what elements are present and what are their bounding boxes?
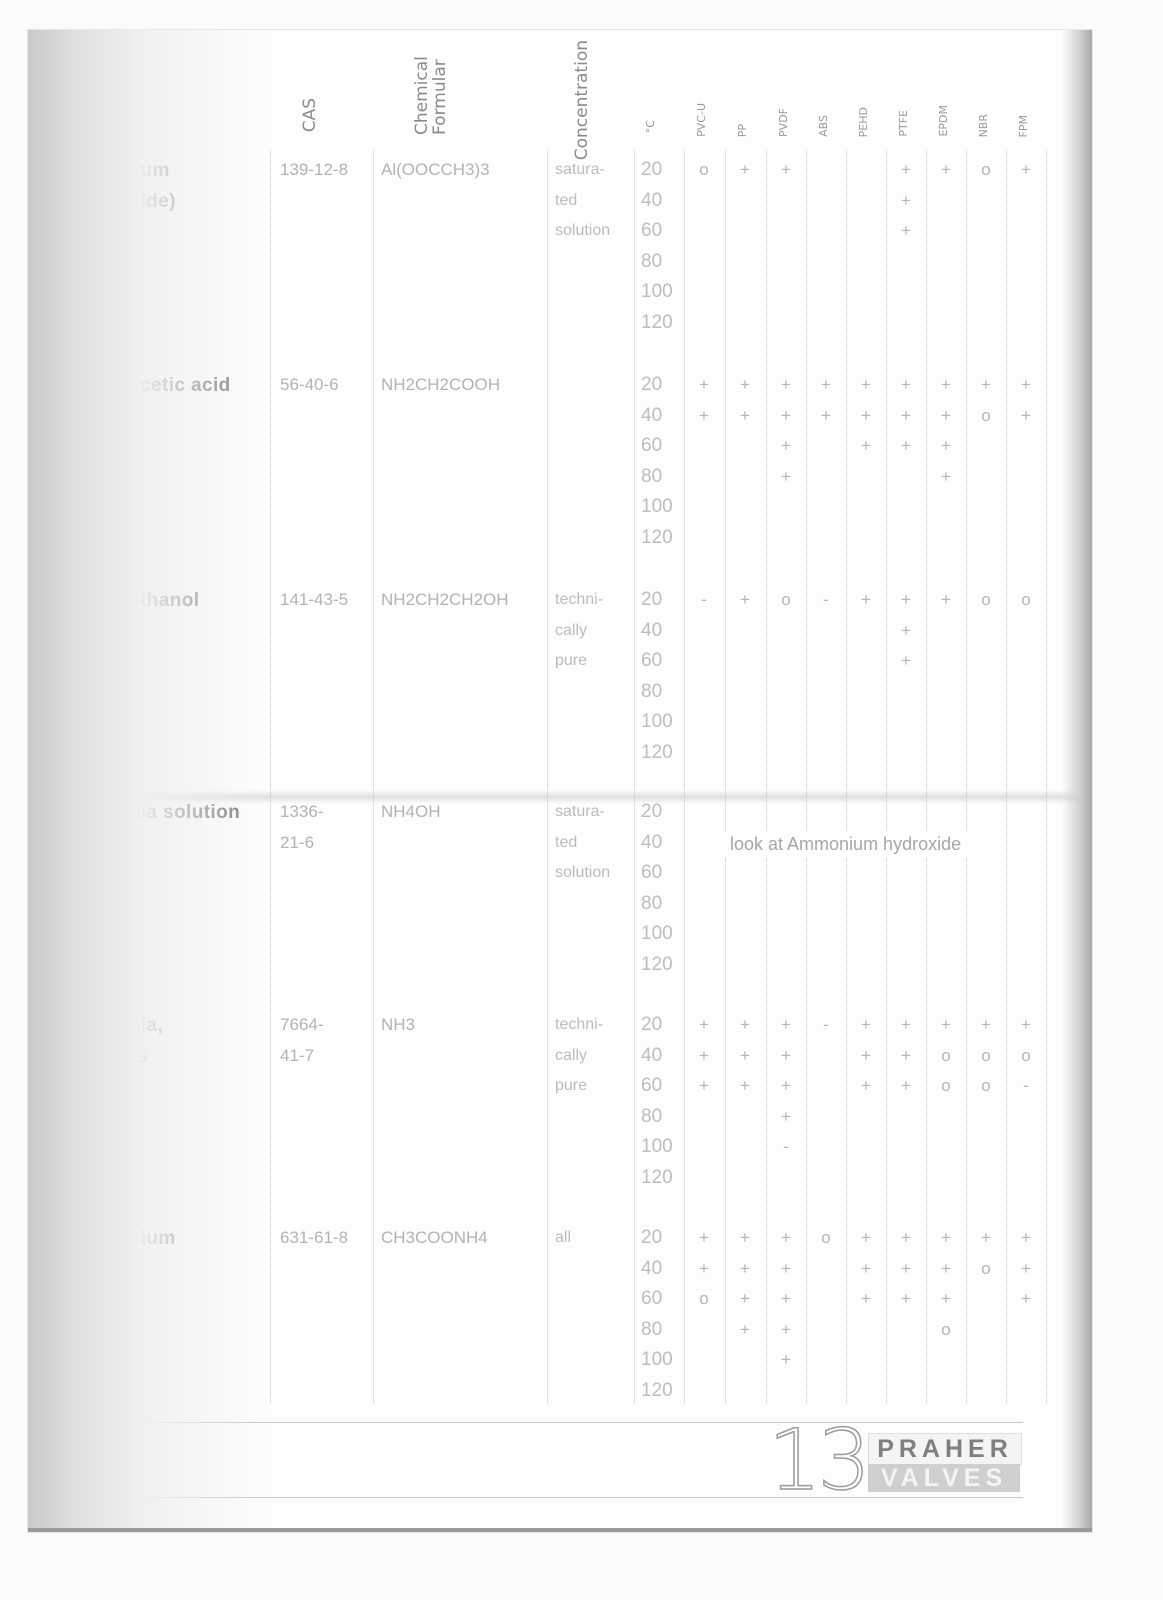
resistance-rating: +: [766, 1102, 806, 1133]
resistance-rating: o: [684, 1284, 724, 1315]
resistance-rating: +: [966, 370, 1006, 401]
footer-bottom-rule: [60, 1497, 1023, 1498]
temperature-value: 120: [641, 1376, 673, 1407]
temperature-value: 20: [641, 1010, 662, 1041]
resistance-rating: +: [886, 1254, 926, 1285]
resistance-rating: o: [926, 1041, 966, 1072]
resistance-rating: o: [926, 1071, 966, 1102]
resistance-rating: +: [1006, 401, 1046, 432]
column-divider: [1046, 150, 1047, 1403]
resistance-rating: +: [966, 1223, 1006, 1254]
cas-number: 1336-: [280, 797, 323, 827]
column-divider: [373, 150, 374, 1403]
resistance-rating: +: [846, 1071, 886, 1102]
resistance-rating: +: [684, 1071, 724, 1102]
temperature-value: 120: [641, 308, 673, 339]
resistance-rating: o: [966, 155, 1006, 186]
header-material-epdm: EPDM: [938, 105, 950, 137]
resistance-rating: +: [1006, 1284, 1046, 1315]
resistance-rating: +: [766, 1284, 806, 1315]
temperature-value: 40: [641, 1254, 662, 1285]
medium-name: Ammonium: [68, 1223, 176, 1254]
column-divider: [966, 150, 967, 1403]
resistance-rating: -: [806, 585, 846, 616]
chemical-formula: NH4OH: [381, 797, 441, 827]
concentration: satura-: [555, 797, 605, 828]
resistance-rating: +: [766, 1315, 806, 1346]
column-divider: [886, 150, 887, 1403]
resistance-rating: +: [846, 1041, 886, 1072]
resistance-rating: +: [806, 401, 846, 432]
resistance-rating: +: [766, 1345, 806, 1376]
header-material-abs: ABS: [818, 115, 830, 137]
column-divider: [547, 150, 548, 1403]
resistance-rating: +: [684, 370, 724, 401]
resistance-rating: +: [846, 401, 886, 432]
resistance-rating: +: [886, 186, 926, 217]
resistance-rating: +: [846, 1284, 886, 1315]
resistance-rating: +: [1006, 1223, 1046, 1254]
resistance-rating: +: [725, 585, 765, 616]
medium-name: Aluminium: [68, 155, 170, 186]
column-divider: [725, 150, 726, 1403]
resistance-rating: +: [886, 1071, 926, 1102]
resistance-rating: +: [766, 462, 806, 493]
resistance-rating: +: [926, 401, 966, 432]
temperature-value: 100: [641, 919, 673, 950]
temperature-value: 60: [641, 431, 662, 462]
resistance-rating: +: [926, 1010, 966, 1041]
temperature-value: 100: [641, 492, 673, 523]
resistance-rating: +: [766, 1041, 806, 1072]
temperature-value: 60: [641, 1284, 662, 1315]
medium-name: Ammonia,: [68, 1010, 163, 1041]
medium-name: Aminoethanol: [68, 585, 199, 616]
resistance-rating: +: [886, 1041, 926, 1072]
resistance-rating: +: [886, 616, 926, 647]
temperature-value: 40: [641, 186, 662, 217]
temperature-value: 20: [641, 1223, 662, 1254]
resistance-rating: +: [766, 155, 806, 186]
chemical-formula: Al(OOCCH3)3: [381, 155, 490, 185]
header-cas: CAS: [302, 98, 320, 132]
header-chemical-formular: Chemical Formular: [414, 50, 454, 135]
resistance-rating: +: [886, 1284, 926, 1315]
resistance-rating: +: [846, 370, 886, 401]
header-material-nbr: NBR: [978, 114, 990, 137]
resistance-rating: +: [846, 1254, 886, 1285]
resistance-rating: o: [966, 585, 1006, 616]
resistance-rating: +: [766, 1010, 806, 1041]
resistance-rating: +: [725, 1071, 765, 1102]
resistance-rating: o: [966, 401, 1006, 432]
resistance-rating: o: [966, 1071, 1006, 1102]
resistance-rating: +: [886, 431, 926, 462]
column-divider: [684, 150, 685, 1403]
cas-number: 139-12-8: [280, 155, 348, 185]
resistance-rating: +: [1006, 155, 1046, 186]
concentration: ted: [555, 186, 577, 217]
temperature-value: 80: [641, 677, 662, 708]
resistance-rating: +: [725, 401, 765, 432]
header-material-pvdf: PVDF: [778, 108, 790, 137]
temperature-value: 80: [641, 1102, 662, 1133]
temperature-value: 120: [641, 950, 673, 981]
medium-name: acetate: [68, 1254, 136, 1285]
footer-top-rule: [60, 1422, 1023, 1423]
header-material-pvc-u: PVC-U: [696, 103, 708, 137]
resistance-rating: +: [846, 1010, 886, 1041]
resistance-rating: +: [966, 1010, 1006, 1041]
temperature-value: 40: [641, 1041, 662, 1072]
column-divider: [270, 150, 271, 1403]
temperature-value: 100: [641, 707, 673, 738]
resistance-rating: +: [725, 370, 765, 401]
resistance-rating: +: [886, 1223, 926, 1254]
cas-number: 21-6: [280, 828, 314, 858]
concentration: solution: [555, 858, 610, 889]
concentration: techni-: [555, 585, 603, 616]
resistance-rating: o: [684, 155, 724, 186]
resistance-rating: +: [926, 1223, 966, 1254]
temperature-value: 60: [641, 646, 662, 677]
resistance-rating: +: [766, 431, 806, 462]
temperature-value: 80: [641, 247, 662, 278]
resistance-rating: +: [766, 370, 806, 401]
resistance-rating: +: [725, 1284, 765, 1315]
temperature-value: 40: [641, 616, 662, 647]
resistance-rating: +: [926, 585, 966, 616]
resistance-rating: +: [684, 1041, 724, 1072]
resistance-rating: o: [806, 1223, 846, 1254]
resistance-rating: -: [1006, 1071, 1046, 1102]
concentration: ted: [555, 828, 577, 859]
resistance-rating: +: [926, 431, 966, 462]
cas-number: 56-40-6: [280, 370, 339, 400]
medium-name: Aminoacetic acid: [68, 370, 231, 401]
resistance-rating: +: [766, 1223, 806, 1254]
concentration: pure: [555, 1071, 587, 1102]
cas-number: 631-61-8: [280, 1223, 348, 1253]
temperature-value: 120: [641, 1163, 673, 1194]
resistance-rating: +: [886, 155, 926, 186]
brand-logo-valves: VALVES: [868, 1464, 1020, 1492]
resistance-rating: o: [966, 1254, 1006, 1285]
resistance-rating: +: [725, 1254, 765, 1285]
resistance-rating: +: [1006, 1254, 1046, 1285]
temperature-value: 80: [641, 1315, 662, 1346]
resistance-rating: +: [725, 1041, 765, 1072]
resistance-rating: +: [806, 370, 846, 401]
header-material-pp: PP: [737, 124, 749, 137]
resistance-rating: +: [886, 646, 926, 677]
column-divider: [634, 150, 635, 1403]
resistance-rating: +: [725, 1315, 765, 1346]
brand-logo-praher: PRAHER: [868, 1433, 1022, 1465]
header-material-fpm: FPM: [1018, 115, 1030, 137]
temperature-value: 20: [641, 155, 662, 186]
header-medium: Medium: [62, 86, 107, 105]
cas-number: 41-7: [280, 1041, 314, 1071]
medium-name: acetate: [68, 217, 136, 248]
temperature-value: 40: [641, 828, 662, 859]
medium-name: (hydroxide): [68, 186, 176, 217]
resistance-rating: +: [766, 401, 806, 432]
chemical-formula: CH3COONH4: [381, 1223, 488, 1253]
resistance-rating: -: [766, 1132, 806, 1163]
resistance-rating: +: [926, 155, 966, 186]
resistance-rating: +: [846, 1223, 886, 1254]
medium-name: Ammonia solution: [68, 797, 240, 828]
resistance-rating: +: [725, 155, 765, 186]
temperature-value: 40: [641, 401, 662, 432]
resistance-rating: +: [684, 401, 724, 432]
resistance-rating: o: [926, 1315, 966, 1346]
temperature-value: 100: [641, 277, 673, 308]
temperature-value: 80: [641, 462, 662, 493]
medium-name: gaseous: [68, 1041, 148, 1072]
resistance-rating: +: [886, 370, 926, 401]
column-divider: [766, 150, 767, 1403]
resistance-rating: +: [886, 401, 926, 432]
temperature-value: 20: [641, 370, 662, 401]
resistance-rating: +: [1006, 370, 1046, 401]
concentration: techni-: [555, 1010, 603, 1041]
temperature-value: 80: [641, 889, 662, 920]
concentration: cally: [555, 1041, 587, 1072]
temperature-value: 120: [641, 523, 673, 554]
header-material-ptfe: PTFE: [898, 110, 910, 137]
resistance-rating: +: [725, 1223, 765, 1254]
concentration: all: [555, 1223, 571, 1254]
resistance-rating: o: [1006, 585, 1046, 616]
resistance-rating: +: [926, 1254, 966, 1285]
cas-number: 141-43-5: [280, 585, 348, 615]
resistance-rating: +: [886, 585, 926, 616]
resistance-rating: +: [684, 1254, 724, 1285]
column-divider: [926, 150, 927, 1403]
chemical-formula: NH2CH2CH2OH: [381, 585, 509, 615]
resistance-rating: +: [766, 1071, 806, 1102]
page-edge: [28, 1528, 1092, 1532]
header-material-pehd: PEHD: [858, 107, 870, 137]
resistance-rating: -: [806, 1010, 846, 1041]
concentration: cally: [555, 616, 587, 647]
resistance-rating: +: [886, 1010, 926, 1041]
temperature-value: 60: [641, 216, 662, 247]
resistance-rating: o: [766, 585, 806, 616]
resistance-rating: +: [684, 1223, 724, 1254]
column-divider: [846, 150, 847, 1403]
resistance-rating: +: [846, 431, 886, 462]
temperature-value: 60: [641, 1071, 662, 1102]
resistance-rating: -: [684, 585, 724, 616]
resistance-rating: +: [684, 1010, 724, 1041]
cas-number: 7664-: [280, 1010, 323, 1040]
resistance-rating: +: [926, 462, 966, 493]
resistance-rating: o: [966, 1041, 1006, 1072]
resistance-rating: +: [926, 1284, 966, 1315]
concentration: satura-: [555, 155, 605, 186]
cross-reference-note: look at Ammonium hydroxide: [724, 832, 967, 857]
temperature-value: 120: [641, 738, 673, 769]
chemical-formula: NH3: [381, 1010, 415, 1040]
chemical-formula: NH2CH2COOH: [381, 370, 500, 400]
resistance-rating: +: [725, 1010, 765, 1041]
temperature-value: 20: [641, 797, 662, 828]
temperature-value: 100: [641, 1132, 673, 1163]
resistance-rating: +: [846, 585, 886, 616]
page-number: 13: [768, 1418, 867, 1502]
column-divider: [1006, 150, 1007, 1403]
resistance-rating: o: [1006, 1041, 1046, 1072]
concentration: solution: [555, 216, 610, 247]
temperature-value: 100: [641, 1345, 673, 1376]
concentration: pure: [555, 646, 587, 677]
header-temperature: °C: [645, 120, 657, 133]
header-concentration: Concentration: [574, 40, 592, 160]
resistance-rating: +: [1006, 1010, 1046, 1041]
resistance-rating: +: [926, 370, 966, 401]
temperature-value: 20: [641, 585, 662, 616]
column-divider: [806, 150, 807, 1403]
resistance-rating: +: [766, 1254, 806, 1285]
resistance-rating: +: [886, 216, 926, 247]
temperature-value: 60: [641, 858, 662, 889]
